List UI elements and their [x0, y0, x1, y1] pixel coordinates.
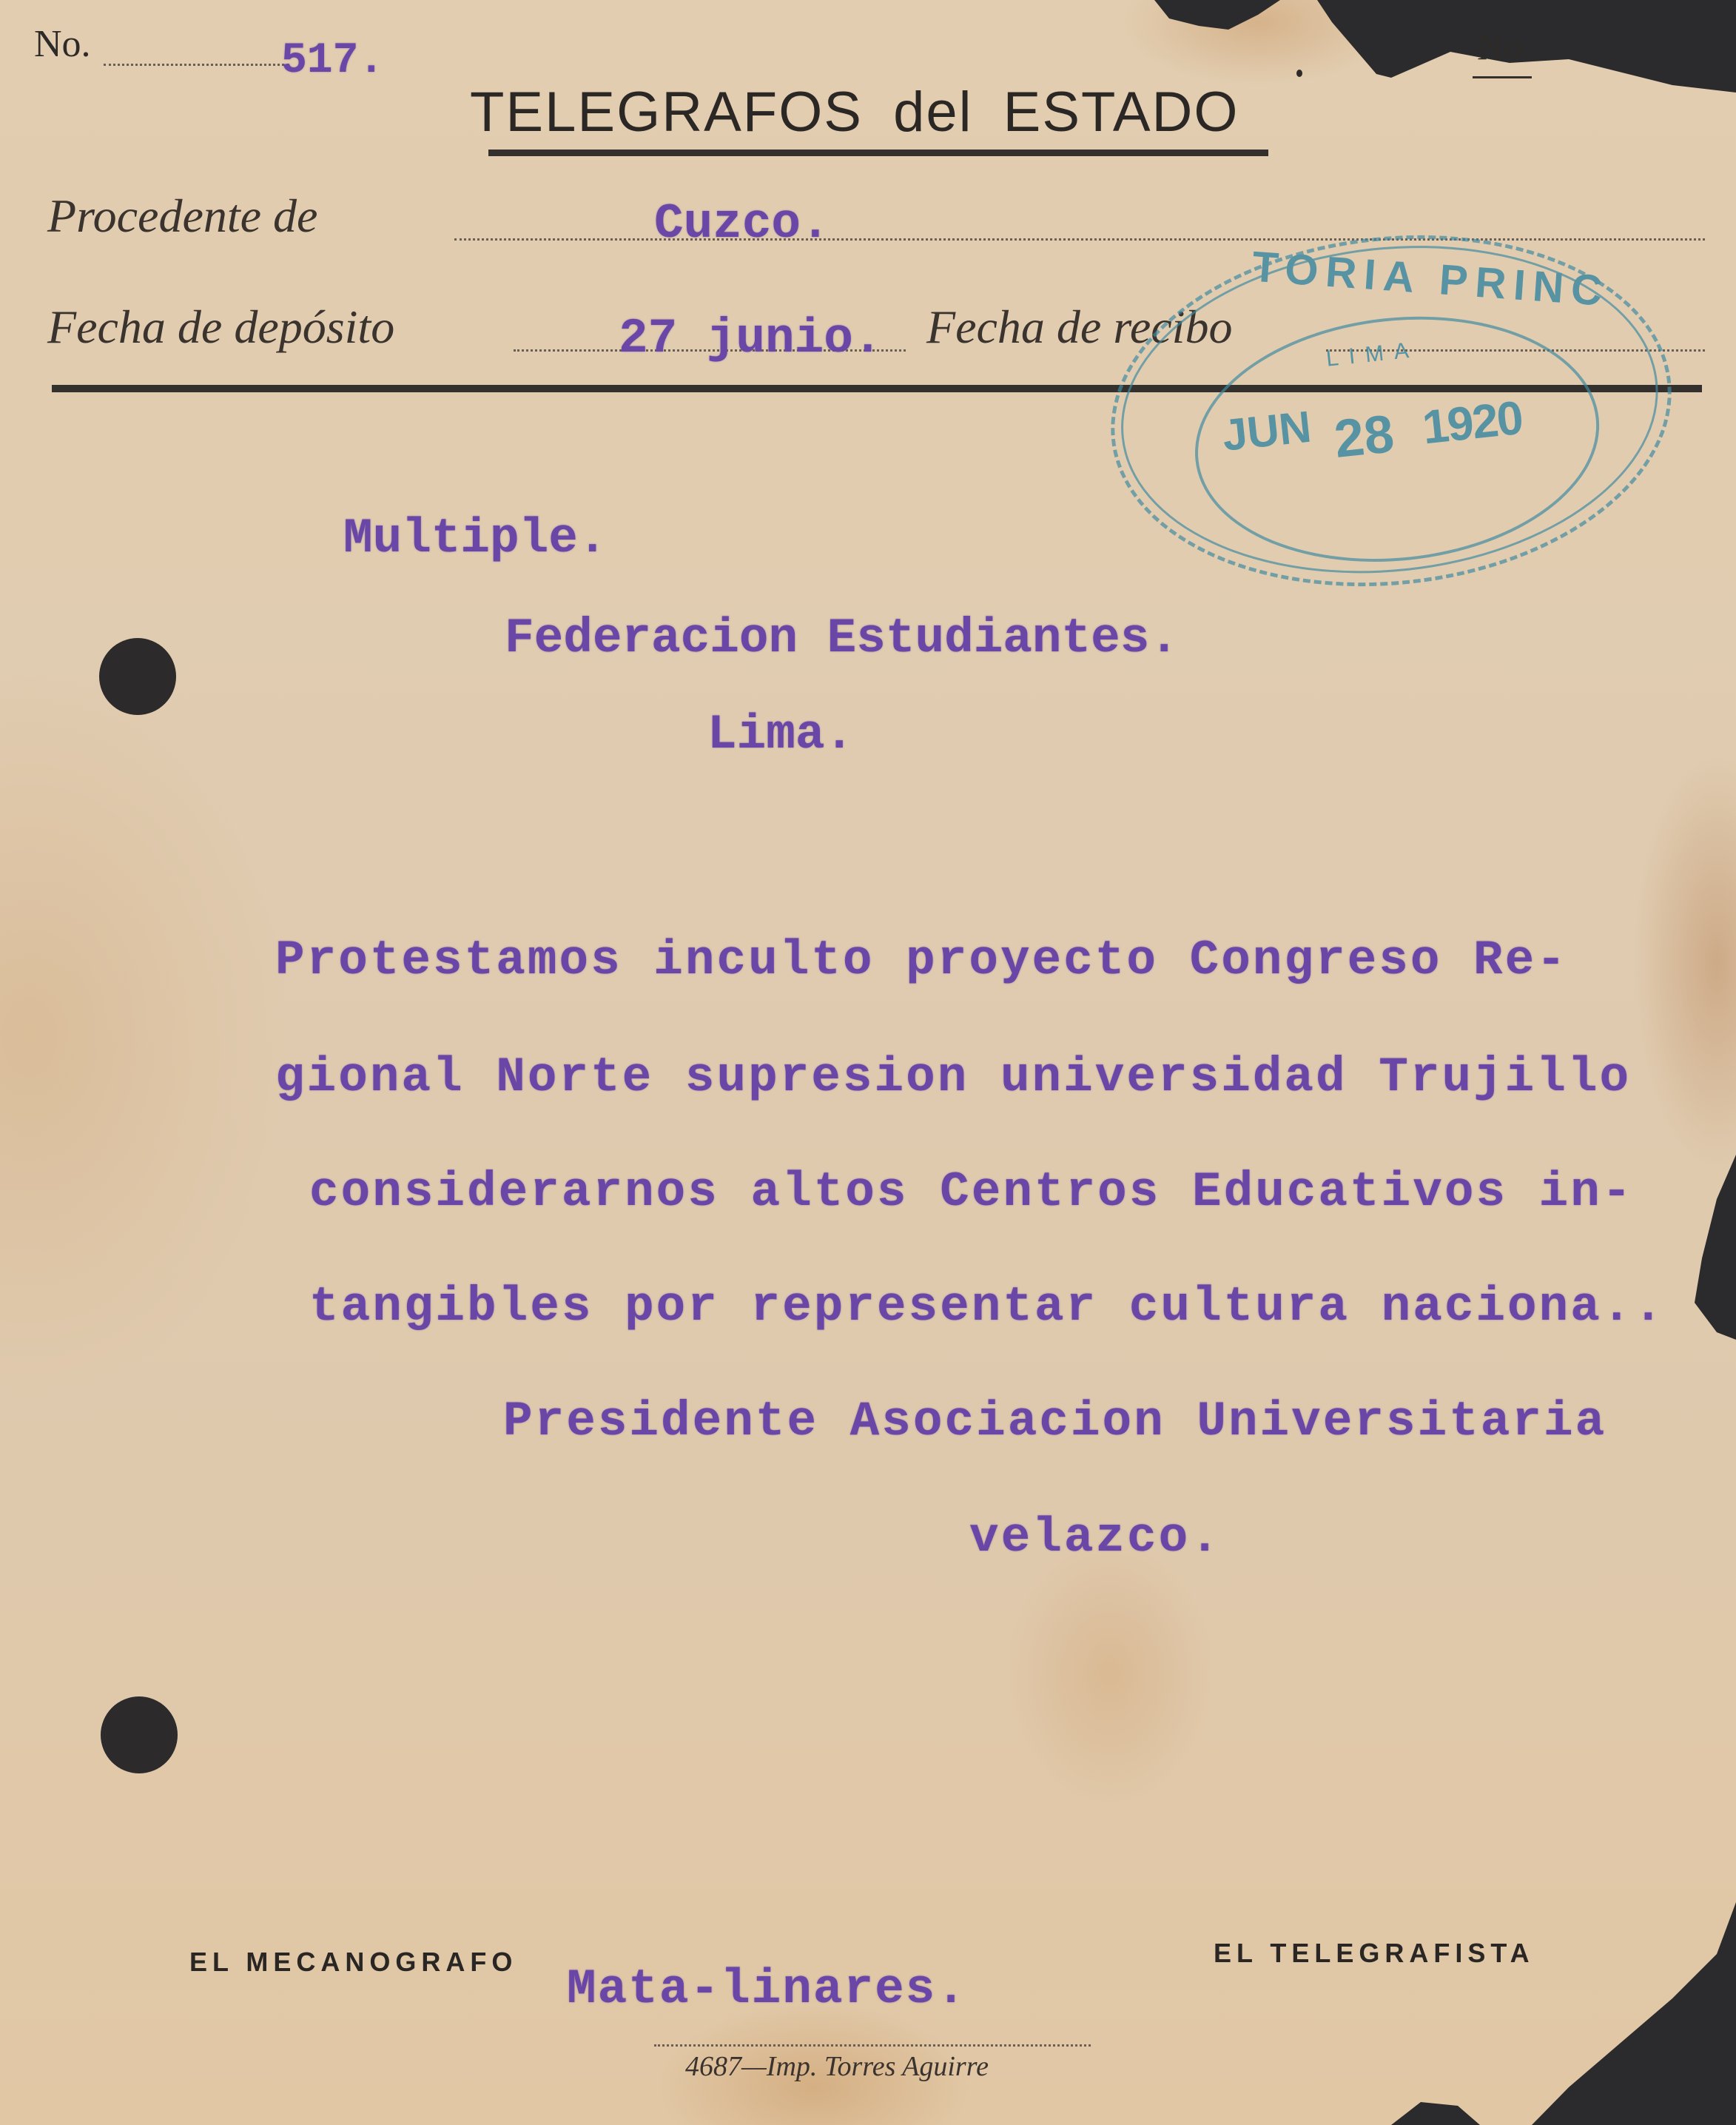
- deposit-date-label: Fecha de depósito: [47, 300, 394, 355]
- address-line-multiple: Multiple.: [343, 511, 607, 566]
- typist-name: Mata-linares.: [567, 1961, 967, 2017]
- message-line-1: Protestamos inculto proyecto Congreso Re…: [275, 933, 1568, 988]
- punch-hole-top: [99, 638, 176, 715]
- corner-number-rule: [1473, 76, 1532, 78]
- address-line-recipient: Federacion Estudiantes.: [505, 611, 1179, 666]
- address-line-city: Lima.: [707, 707, 854, 762]
- telegraphist-label: EL TELEGRAFISTA: [1214, 1938, 1535, 1969]
- origin-label: Procedente de: [47, 189, 317, 244]
- message-signature-name: velazco.: [969, 1510, 1222, 1565]
- message-line-3: considerarnos altos Centros Educativos i…: [309, 1164, 1633, 1220]
- typist-label: EL MECANOGRAFO: [189, 1947, 517, 1978]
- origin-value: Cuzco.: [654, 196, 830, 252]
- telegram-number: 517.: [281, 37, 384, 85]
- number-dotted-line: [104, 64, 289, 66]
- stamp-month: JUN: [1220, 401, 1314, 461]
- printer-imprint: 4687—Imp. Torres Aguirre: [685, 2050, 989, 2083]
- message-signature-title: Presidente Asociacion Universitaria: [503, 1394, 1607, 1449]
- message-line-4: tangibles por representar cultura nacion…: [309, 1279, 1665, 1335]
- deposit-date-value: 27 junio.: [619, 311, 882, 366]
- punch-hole-bottom: [101, 1696, 178, 1773]
- message-line-2: gional Norte supresion universidad Truji…: [275, 1050, 1631, 1105]
- stamp-year: 1920: [1420, 390, 1524, 455]
- title-underline: [488, 150, 1268, 156]
- ink-dot: [1296, 70, 1302, 77]
- corner-number-label: No.: [1477, 25, 1532, 68]
- printer-dotted-line: [654, 2044, 1091, 2047]
- document-title: TELEGRAFOS del ESTADO: [470, 80, 1239, 144]
- postmark-stamp: TORIA PRINC LIMA JUN 28 1920: [1094, 209, 1689, 614]
- stamp-day: 28: [1331, 403, 1396, 470]
- number-label: No.: [34, 22, 91, 66]
